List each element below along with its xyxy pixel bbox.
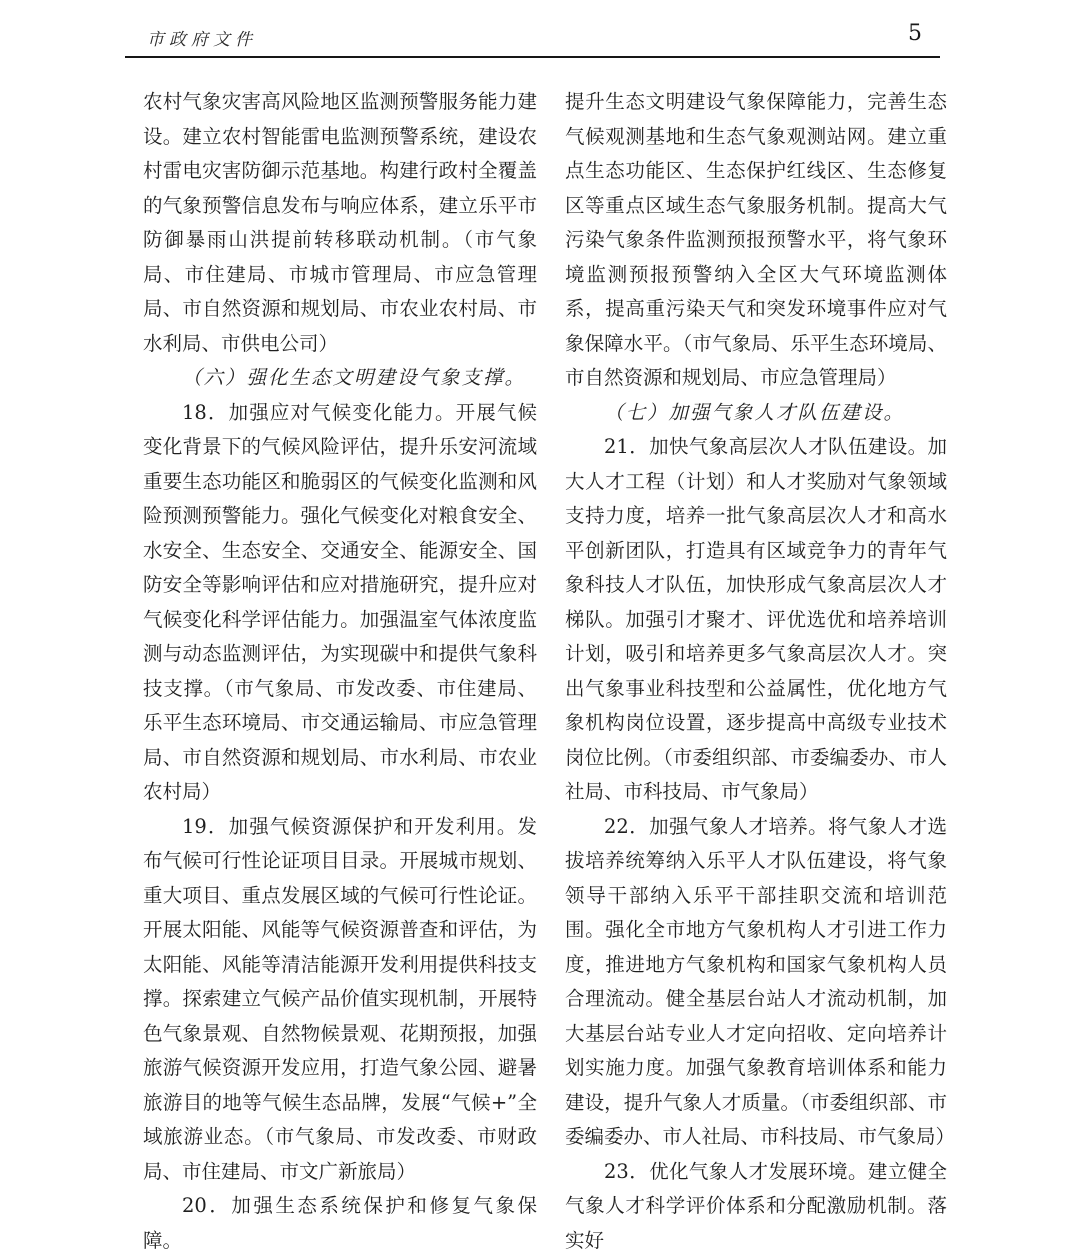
- body-paragraph: 21．加快气象高层次人才队伍建设。加大人才工程（计划）和人才奖励对气象领域支持力…: [565, 430, 947, 810]
- body-paragraph: 20．加强生态系统保护和修复气象保障。: [143, 1189, 537, 1254]
- page-number: 5: [908, 21, 922, 46]
- body-paragraph: 19．加强气候资源保护和开发利用。发布气候可行性论证项目目录。开展城市规划、重大…: [143, 810, 537, 1190]
- body-paragraph: 提升生态文明建设气象保障能力，完善生态气候观测基地和生态气象观测站网。建立重点生…: [565, 85, 947, 396]
- section-heading: （七）加强气象人才队伍建设。: [565, 396, 947, 431]
- header-doc-label: 市政府文件: [147, 25, 257, 50]
- body-paragraph: 23．优化气象人才发展环境。建立健全气象人才科学评价体系和分配激励机制。落实好: [565, 1155, 947, 1254]
- body-paragraph: 18．加强应对气候变化能力。开展气候变化背景下的气候风险评估，提升乐安河流域重要…: [143, 396, 537, 810]
- header-rule: [125, 56, 940, 58]
- text-column-right: 提升生态文明建设气象保障能力，完善生态气候观测基地和生态气象观测站网。建立重点生…: [565, 85, 947, 1254]
- body-paragraph: 22．加强气象人才培养。将气象人才选拔培养统筹纳入乐平人才队伍建设，将气象领导干…: [565, 810, 947, 1155]
- document-page: 市政府文件 5 农村气象灾害高风险地区监测预警服务能力建设。建立农村智能雷电监测…: [0, 0, 1074, 1254]
- text-column-left: 农村气象灾害高风险地区监测预警服务能力建设。建立农村智能雷电监测预警系统，建设农…: [143, 85, 537, 1254]
- section-heading: （六）强化生态文明建设气象支撑。: [143, 361, 537, 396]
- body-paragraph: 农村气象灾害高风险地区监测预警服务能力建设。建立农村智能雷电监测预警系统，建设农…: [143, 85, 537, 361]
